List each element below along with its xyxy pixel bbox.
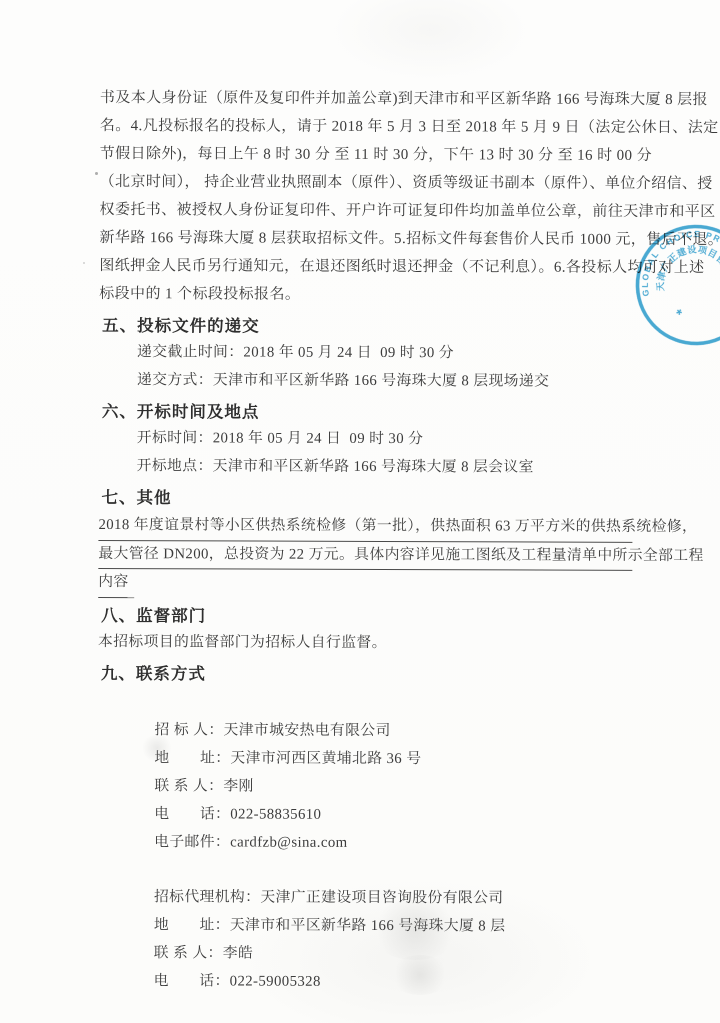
scanned-tender-document: { "document": { "intro_lines": [ "书及本人身份… bbox=[0, 0, 720, 1023]
section9-heading: 九、联系方式 bbox=[101, 662, 632, 688]
contact-label: 电 话： bbox=[154, 806, 230, 822]
scan-smudge bbox=[140, 735, 174, 761]
detail-line: 开标地点：天津市和平区新华路 166 号海珠大厦 8 层会议室 bbox=[137, 452, 633, 482]
contact-row: 招标代理机构：天津广正建设项目咨询股份有限公司 bbox=[121, 855, 631, 885]
contact-row: 招 标 人：天津市城安热电有限公司 bbox=[122, 688, 632, 718]
tenderer-contact-block: 招 标 人：天津市城安热电有限公司 地 址：天津市河西区黄埔北路 36 号 联 … bbox=[97, 687, 631, 830]
contact-value: cardfzb@sina.com bbox=[230, 835, 347, 851]
section5-heading: 五、投标文件的递交 bbox=[102, 314, 633, 340]
contact-value: 天津市河西区黄埔北路 36 号 bbox=[230, 750, 421, 767]
paragraph-line: 图纸押金人民币另行通知元，在退还图纸时退还押金（不记利息）。6.各投标人均可对上… bbox=[99, 252, 633, 282]
intro-paragraph: 书及本人身份证（原件及复印件并加盖公章)到天津市和平区新华路 166 号海珠大厦… bbox=[99, 84, 634, 310]
underlined-line: 最大管径 DN200，总投资为 22 万元。具体内容详见施工图纸及工程量清单中所… bbox=[98, 540, 632, 570]
detail-line: 递交截止时间：2018 年 05 月 24 日 09 时 30 分 bbox=[137, 338, 633, 368]
contact-label: 招标代理机构： bbox=[154, 889, 260, 905]
detail-line: 开标时间：2018 年 05 月 24 日 09 时 30 分 bbox=[137, 424, 633, 454]
document-content: 书及本人身份证（原件及复印件并加盖公章)到天津市和平区新华路 166 号海珠大厦… bbox=[97, 84, 634, 969]
paragraph-line: 权委托书、被授权人身份证复印件、开户许可证复印件均加盖单位公章，前往天津市和平区 bbox=[100, 196, 634, 226]
scan-smudge bbox=[390, 955, 450, 995]
paragraph-line: 标段中的 1 个标段投标报名。 bbox=[99, 280, 633, 310]
section5-items: 递交截止时间：2018 年 05 月 24 日 09 时 30 分递交方式：天津… bbox=[99, 338, 633, 396]
contact-value: 天津广正建设项目咨询股份有限公司 bbox=[260, 889, 503, 906]
contact-label: 地 址： bbox=[154, 917, 230, 933]
detail-line: 递交方式：天津市和平区新华路 166 号海珠大厦 8 层现场递交 bbox=[137, 366, 633, 396]
contact-value: 022-58835610 bbox=[230, 807, 321, 823]
contact-label: 电子邮件： bbox=[154, 835, 230, 851]
contact-value: 李皓 bbox=[223, 945, 253, 961]
stamp-star: * bbox=[671, 306, 685, 323]
contact-label: 电 话： bbox=[154, 973, 230, 989]
paragraph-line: 名。4.凡投标报名的投标人，请于 2018 年 5 月 3 日至 2018 年 … bbox=[100, 112, 634, 142]
section8-heading: 八、监督部门 bbox=[101, 604, 632, 630]
paragraph-line: （北京时间）， 持企业营业执照副本（原件）、资质等级证书副本（原件）、单位介绍信… bbox=[100, 168, 634, 198]
underlined-line: 内容 bbox=[98, 569, 135, 598]
document-page: 书及本人身份证（原件及复印件并加盖公章)到天津市和平区新华路 166 号海珠大厦… bbox=[0, 0, 720, 1023]
scan-speck bbox=[83, 262, 85, 264]
section6-items: 开标时间：2018 年 05 月 24 日 09 时 30 分开标地点：天津市和… bbox=[99, 424, 633, 482]
contact-value: 李刚 bbox=[223, 779, 253, 795]
agency-contact-block: 招标代理机构：天津广正建设项目咨询股份有限公司 地 址：天津市和平区新华路 16… bbox=[97, 854, 631, 969]
section7-underlined-paragraph: 2018 年度谊景村等小区供热系统检修（第一批），供热面积 63 万平方米的供热… bbox=[98, 512, 632, 599]
contact-value: 天津市和平区新华路 166 号海珠大厦 8 层 bbox=[230, 917, 506, 934]
paragraph-line: 书及本人身份证（原件及复印件并加盖公章)到天津市和平区新华路 166 号海珠大厦… bbox=[100, 84, 634, 114]
section8-body: 本招标项目的监督部门为招标人自行监督。 bbox=[98, 627, 632, 657]
section7-heading: 七、其他 bbox=[102, 486, 633, 512]
contact-label: 联 系 人： bbox=[154, 945, 223, 961]
scan-speck bbox=[95, 172, 98, 175]
scan-smudge bbox=[370, 900, 460, 960]
paragraph-line: 新华路 166 号海珠大厦 8 层获取招标文件。5.招标文件每套售价人民币 10… bbox=[99, 224, 633, 254]
contact-value: 022-59005328 bbox=[230, 974, 321, 990]
contact-value: 天津市城安热电有限公司 bbox=[224, 722, 391, 739]
section6-heading: 六、开标时间及地点 bbox=[102, 400, 633, 426]
paragraph-line: 节假日除外)，每日上午 8 时 30 分 至 11 时 30 分，下午 13 时… bbox=[100, 140, 634, 170]
underlined-line: 2018 年度谊景村等小区供热系统检修（第一批），供热面积 63 万平方米的供热… bbox=[98, 512, 632, 542]
contact-label: 联 系 人： bbox=[154, 778, 223, 794]
